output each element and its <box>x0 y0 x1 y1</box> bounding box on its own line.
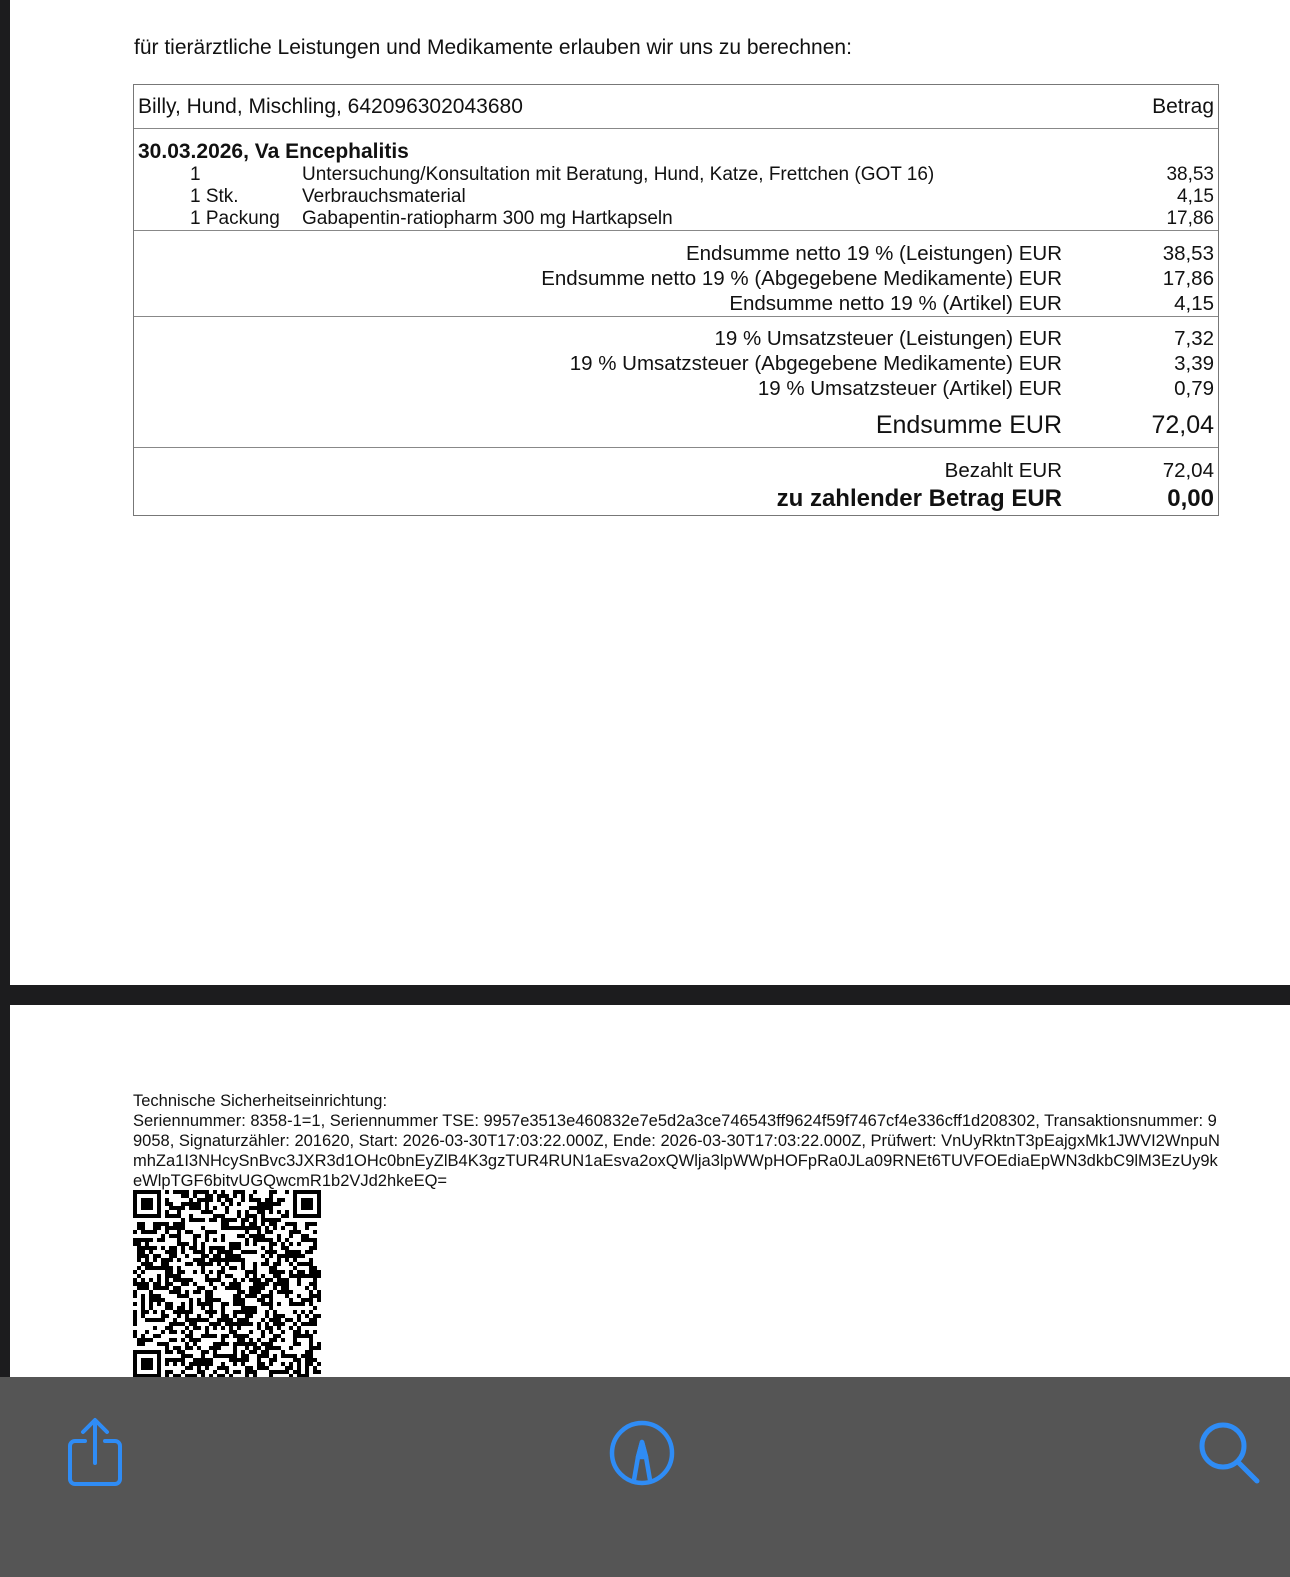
search-button[interactable] <box>1195 1415 1265 1491</box>
tax-row-label: 19 % Umsatzsteuer (Artikel) EUR <box>758 376 1062 401</box>
share-icon <box>65 1415 125 1491</box>
item-qty: 1 Packung <box>138 208 302 230</box>
invoice-table: Billy, Hund, Mischling, 642096302043680 … <box>133 84 1219 516</box>
intro-text: für tierärztliche Leistungen und Medikam… <box>134 36 852 60</box>
net-sum-row: Endsumme netto 19 % (Leistungen) EUR 38,… <box>134 241 1218 266</box>
net-sum-row: Endsumme netto 19 % (Abgegebene Medikame… <box>134 266 1218 291</box>
markup-icon <box>607 1418 677 1488</box>
tax-row-label: 19 % Umsatzsteuer (Abgegebene Medikament… <box>570 351 1062 376</box>
net-sum-row-label: Endsumme netto 19 % (Leistungen) EUR <box>686 241 1062 266</box>
tax-row-label: 19 % Umsatzsteuer (Leistungen) EUR <box>714 326 1062 351</box>
visit-title: 30.03.2026, Va Encephalitis <box>138 140 1214 164</box>
tax-section: 19 % Umsatzsteuer (Leistungen) EUR 7,32 … <box>134 316 1218 447</box>
paid-value: 72,04 <box>1062 458 1214 483</box>
markup-button[interactable] <box>607 1415 677 1491</box>
due-row: zu zahlender Betrag EUR 0,00 <box>134 483 1218 515</box>
tax-row: 19 % Umsatzsteuer (Artikel) EUR 0,79 <box>134 376 1218 401</box>
net-sum-row-value: 4,15 <box>1062 291 1214 316</box>
total-row: Endsumme EUR 72,04 <box>134 409 1218 441</box>
amount-column-header: Betrag <box>1152 95 1214 119</box>
due-label: zu zahlender Betrag EUR <box>777 483 1062 515</box>
item-amount: 17,86 <box>1094 208 1214 230</box>
payment-section: Bezahlt EUR 72,04 zu zahlender Betrag EU… <box>134 447 1218 515</box>
due-value: 0,00 <box>1062 483 1214 515</box>
tax-row: 19 % Umsatzsteuer (Abgegebene Medikament… <box>134 351 1218 376</box>
tse-title: Technische Sicherheitseinrichtung: <box>133 1091 1223 1111</box>
visit-section: 30.03.2026, Va Encephalitis 1 Untersuchu… <box>134 128 1218 230</box>
tax-row-value: 7,32 <box>1062 326 1214 351</box>
line-item: 1 Untersuchung/Konsultation mit Beratung… <box>138 164 1214 186</box>
total-label: Endsumme EUR <box>876 410 1062 440</box>
net-sum-row-value: 17,86 <box>1062 266 1214 291</box>
item-amount: 4,15 <box>1094 186 1214 208</box>
tse-body: Seriennummer: 8358-1=1, Seriennummer TSE… <box>133 1111 1223 1191</box>
net-sum-row-label: Endsumme netto 19 % (Artikel) EUR <box>729 291 1062 316</box>
item-qty: 1 Stk. <box>138 186 302 208</box>
item-description: Verbrauchsmaterial <box>302 186 1094 208</box>
net-sums-section: Endsumme netto 19 % (Leistungen) EUR 38,… <box>134 230 1218 316</box>
tax-row: 19 % Umsatzsteuer (Leistungen) EUR 7,32 <box>134 326 1218 351</box>
bottom-toolbar <box>0 1377 1290 1577</box>
tse-block: Technische Sicherheitseinrichtung: Serie… <box>133 1091 1223 1191</box>
tax-row-value: 3,39 <box>1062 351 1214 376</box>
item-qty: 1 <box>138 164 302 186</box>
paid-row: Bezahlt EUR 72,04 <box>134 458 1218 483</box>
net-sum-row: Endsumme netto 19 % (Artikel) EUR 4,15 <box>134 291 1218 316</box>
share-button[interactable] <box>60 1415 130 1491</box>
net-sum-row-value: 38,53 <box>1062 241 1214 266</box>
item-amount: 38,53 <box>1094 164 1214 186</box>
paid-label: Bezahlt EUR <box>945 458 1062 483</box>
tax-row-value: 0,79 <box>1062 376 1214 401</box>
item-description: Untersuchung/Konsultation mit Beratung, … <box>302 164 1094 186</box>
total-value: 72,04 <box>1062 410 1218 440</box>
invoice-page-2: Technische Sicherheitseinrichtung: Serie… <box>10 1005 1290 1377</box>
patient-info: Billy, Hund, Mischling, 642096302043680 <box>138 95 523 119</box>
invoice-page-1: für tierärztliche Leistungen und Medikam… <box>10 0 1290 985</box>
invoice-header-row: Billy, Hund, Mischling, 642096302043680 … <box>134 85 1218 128</box>
line-item: 1 Stk. Verbrauchsmaterial 4,15 <box>138 186 1214 208</box>
search-icon <box>1195 1418 1265 1488</box>
net-sum-row-label: Endsumme netto 19 % (Abgegebene Medikame… <box>541 266 1062 291</box>
item-description: Gabapentin-ratiopharm 300 mg Hartkapseln <box>302 208 1094 230</box>
line-item: 1 Packung Gabapentin-ratiopharm 300 mg H… <box>138 208 1214 230</box>
qr-code <box>133 1190 321 1378</box>
